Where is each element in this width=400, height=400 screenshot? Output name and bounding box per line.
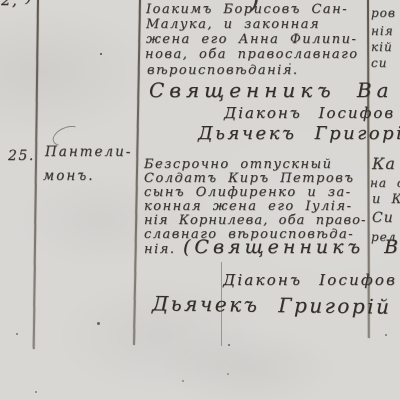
ink-speck	[97, 322, 100, 325]
ink-speck	[385, 334, 387, 336]
entry1-body-line: жена его Анна Филипи-	[146, 33, 357, 46]
entry2-body-line: сынъ Олифиренко и за-	[144, 186, 352, 199]
ink-speck	[182, 380, 184, 382]
entry2-body-line: конная жена его Іулія-	[144, 200, 352, 213]
entry1-priest-signature: Священникъ Ва	[149, 80, 394, 100]
ink-speck	[100, 53, 102, 55]
entry1-margin-fragment: кій	[371, 41, 393, 53]
entry1-deacon-signature: Діаконъ Іосифов	[224, 106, 395, 121]
entry2-body-line: нія.	[144, 243, 175, 256]
entry2-sexton-signature: Дьячекъ Григорій	[152, 293, 392, 316]
entry2-number: 25.	[8, 149, 35, 163]
top-edge-mark: )	[25, 0, 34, 7]
column-rule-name	[133, 0, 141, 345]
entry1-margin-fragment: ров	[371, 7, 396, 19]
entry1-margin-fragment: си	[371, 57, 387, 69]
entry2-body-line: Безсрочно отпускный	[144, 158, 333, 171]
entry1-sexton-signature: Дьячекъ Григорій	[198, 125, 400, 143]
ink-speck	[16, 333, 18, 335]
entry1-body-line: Іоакимъ Борисовъ Сан-	[146, 3, 348, 16]
column-rule-left	[32, 0, 38, 349]
entry2-deacon-signature: Діаконъ Іосифов	[223, 273, 397, 288]
ink-speck	[289, 63, 291, 65]
entry2-margin-fragment: и К	[372, 193, 400, 206]
entry2-margin-fragment: Ка	[372, 156, 396, 172]
entry2-name-line: монъ.	[43, 170, 95, 184]
top-edge-mark: 2,	[1, 0, 18, 8]
entry1-body-line: вѣроисповѣданія.	[147, 64, 299, 77]
entry2-name-line: Пантели-	[45, 146, 132, 160]
entry2-margin-fragment: рел	[371, 231, 396, 243]
entry2-body-line: нія Корнилева, оба право-	[144, 214, 367, 227]
entry2-margin-fragment: на с	[370, 177, 400, 189]
entry1-body-line: нова, оба православнаго	[145, 48, 359, 61]
ink-speck	[227, 373, 229, 375]
ink-speck	[35, 391, 37, 393]
entry1-body-line: Малука, и законная	[146, 18, 320, 31]
entry2-body-line: Солдатъ Киръ Петровъ	[144, 172, 354, 185]
entry2-priest-signature: (Священникъ В	[183, 238, 400, 257]
entry1-margin-fragment: нія	[371, 25, 394, 37]
ink-speck	[228, 344, 230, 346]
register-scan-page: 2, ) ) Іоакимъ Борисовъ Сан- Малука, и з…	[0, 0, 400, 400]
entry2-margin-fragment: Си	[372, 211, 394, 225]
